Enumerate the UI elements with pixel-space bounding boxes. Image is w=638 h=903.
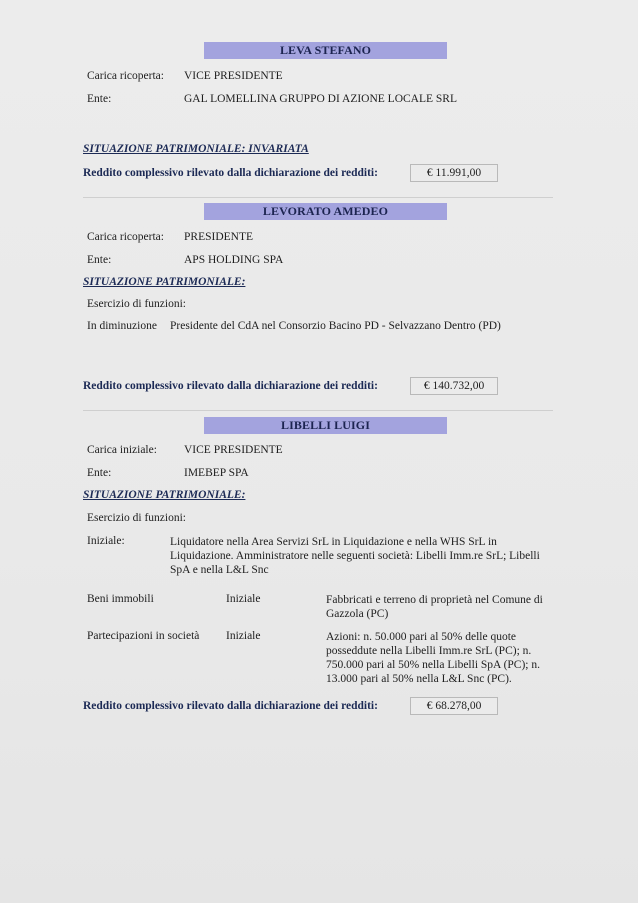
income-label: Reddito complessivo rilevato dalla dichi… [83,380,378,392]
asset-status: Iniziale [226,593,260,605]
role-value: VICE PRESIDENTE [184,70,283,82]
role-label: Carica ricoperta: [87,231,164,243]
section-divider [83,410,553,411]
role-value: PRESIDENTE [184,231,253,243]
function-description: Presidente del CdA nel Consorzio Bacino … [170,320,501,332]
entity-value: GAL LOMELLINA GRUPPO DI AZIONE LOCALE SR… [184,93,457,105]
income-label: Reddito complessivo rilevato dalla dichi… [83,700,378,712]
income-value-box: € 11.991,00 [410,164,498,182]
asset-description: Azioni: n. 50.000 pari al 50% delle quot… [326,630,558,686]
entity-label: Ente: [87,467,111,479]
function-description: Liquidatore nella Area Servizi SrL in Li… [170,535,555,577]
entity-value: IMEBEP SPA [184,467,249,479]
income-value-box: € 140.732,00 [410,377,498,395]
functions-label: Esercizio di funzioni: [87,298,186,310]
section-divider [83,197,553,198]
function-status: In diminuzione [87,320,157,332]
assets-section-title: SITUAZIONE PATRIMONIALE: [83,489,245,501]
function-status: Iniziale: [87,535,125,547]
functions-label: Esercizio di funzioni: [87,512,186,524]
person-name-header: LIBELLI LUIGI [204,417,447,434]
assets-section-title: SITUAZIONE PATRIMONIALE: INVARIATA [83,143,309,155]
role-label: Carica ricoperta: [87,70,164,82]
asset-type: Beni immobili [87,593,154,605]
entity-label: Ente: [87,93,111,105]
entity-value: APS HOLDING SPA [184,254,283,266]
income-label: Reddito complessivo rilevato dalla dichi… [83,167,378,179]
person-name-header: LEVA STEFANO [204,42,447,59]
asset-type: Partecipazioni in società [87,630,199,642]
assets-section-title: SITUAZIONE PATRIMONIALE: [83,276,245,288]
role-value: VICE PRESIDENTE [184,444,283,456]
document-page: LEVA STEFANO Carica ricoperta: VICE PRES… [0,0,638,903]
income-value-box: € 68.278,00 [410,697,498,715]
asset-description: Fabbricati e terreno di proprietà nel Co… [326,593,558,621]
role-label: Carica iniziale: [87,444,157,456]
asset-status: Iniziale [226,630,260,642]
entity-label: Ente: [87,254,111,266]
person-name-header: LEVORATO AMEDEO [204,203,447,220]
